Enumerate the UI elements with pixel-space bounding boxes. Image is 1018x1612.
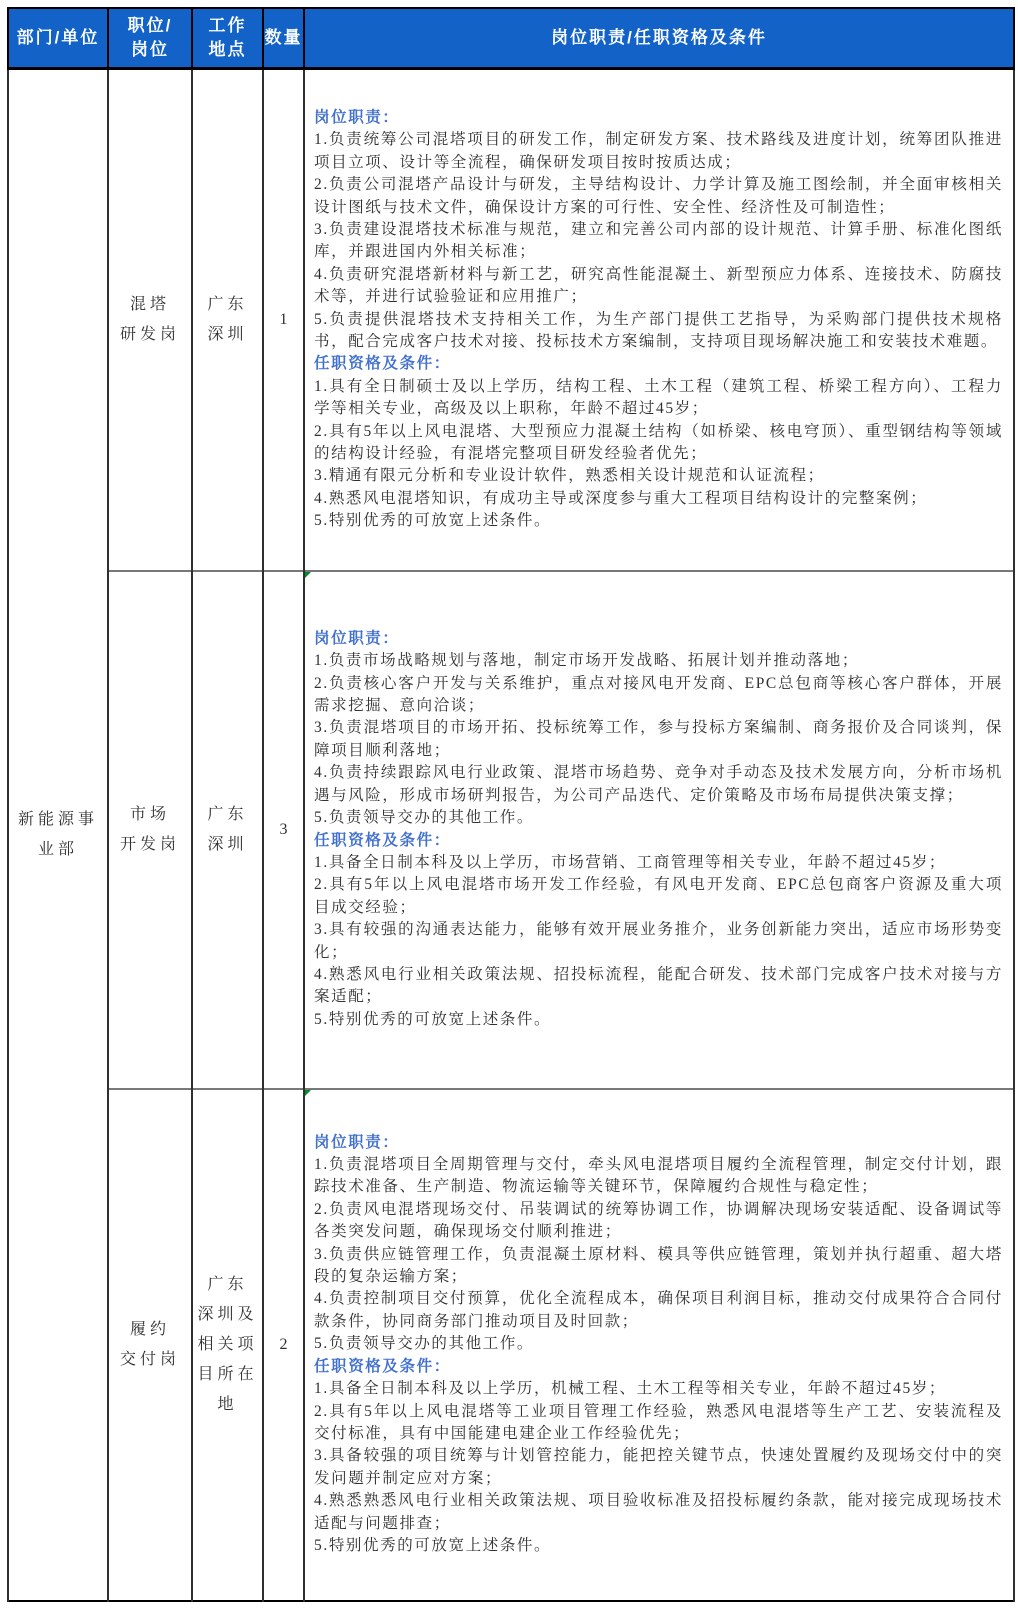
- details-cell: 岗位职责： 1.负责统筹公司混塔项目的研发工作，制定研发方案、技术路线及进度计划…: [304, 69, 1014, 571]
- table-row: 新能源事 业部 混塔 研发岗 广东 深圳 1 岗位职责： 1.负责统筹公司混塔项…: [8, 69, 1014, 571]
- text-line: 4.熟悉风电混塔知识，有成功主导或深度参与重大工程项目结构设计的完整案例；: [314, 488, 1003, 510]
- location-cell: 广东 深圳: [192, 69, 263, 571]
- text-line: 1.负责市场战略规划与落地，制定市场开发战略、拓展计划并推动落地；: [314, 650, 1003, 672]
- table-row: 市场 开发岗 广东 深圳 3 岗位职责： 1.负责市场战略规划与落地，制定市场开…: [8, 571, 1014, 1089]
- duties-list: 1.负责统筹公司混塔项目的研发工作，制定研发方案、技术路线及进度计划，统筹团队推…: [314, 129, 1003, 353]
- text-line: 1.具有全日制硕士及以上学历，结构工程、土木工程（建筑工程、桥梁工程方向）、工程…: [314, 376, 1003, 421]
- text-line: 1.具备全日制本科及以上学历，市场营销、工商管理等相关专业，年龄不超过45岁；: [314, 852, 1003, 874]
- text-line: 5.负责提供混塔技术支持相关工作，为生产部门提供工艺指导，为采购部门提供技术规格…: [314, 309, 1003, 354]
- count-cell: 1: [263, 69, 304, 571]
- count-cell: 2: [263, 1089, 304, 1601]
- header-location: 工作 地点: [192, 8, 263, 69]
- duties-list: 1.负责混塔项目全周期管理与交付，牵头风电混塔项目履约全流程管理，制定交付计划，…: [314, 1154, 1003, 1356]
- cell-corner-marker-icon: [305, 1090, 311, 1096]
- department-cell: 新能源事 业部: [8, 69, 108, 1601]
- text-line: 2.具有5年以上风电混塔、大型预应力混凝土结构（如桥梁、核电穹顶）、重型钢结构等…: [314, 421, 1003, 466]
- text-line: 1.负责统筹公司混塔项目的研发工作，制定研发方案、技术路线及进度计划，统筹团队推…: [314, 129, 1003, 174]
- text-line: 2.负责核心客户开发与关系维护，重点对接风电开发商、EPC总包商等核心客户群体，…: [314, 673, 1003, 718]
- position-cell: 市场 开发岗: [108, 571, 192, 1089]
- location-cell: 广东 深圳及 相关项 目所在 地: [192, 1089, 263, 1601]
- table-header: 部门/单位 职位/ 岗位 工作 地点 数量 岗位职责/任职资格及条件: [8, 8, 1014, 69]
- text-line: 1.具备全日制本科及以上学历，机械工程、土木工程等相关专业，年龄不超过45岁；: [314, 1378, 1003, 1400]
- cell-corner-marker-icon: [305, 572, 311, 578]
- text-line: 3.负责供应链管理工作，负责混凝土原材料、模具等供应链管理，策划并执行超重、超大…: [314, 1244, 1003, 1289]
- position-cell: 混塔 研发岗: [108, 69, 192, 571]
- text-line: 4.负责控制项目交付预算，优化全流程成本，确保项目利润目标，推动交付成果符合合同…: [314, 1288, 1003, 1333]
- text-line: 4.负责研究混塔新材料与新工艺，研究高性能混凝土、新型预应力体系、连接技术、防腐…: [314, 264, 1003, 309]
- text-line: 5.特别优秀的可放宽上述条件。: [314, 1535, 1003, 1557]
- location-cell: 广东 深圳: [192, 571, 263, 1089]
- text-line: 2.负责公司混塔产品设计与研发，主导结构设计、力学计算及施工图绘制，并全面审核相…: [314, 174, 1003, 219]
- text-line: 2.负责风电混塔现场交付、吊装调试的统筹协调工作，协调解决现场安装适配、设备调试…: [314, 1199, 1003, 1244]
- text-line: 4.负责持续跟踪风电行业政策、混塔市场趋势、竞争对手动态及技术发展方向，分析市场…: [314, 762, 1003, 807]
- header-department: 部门/单位: [8, 8, 108, 69]
- text-line: 1.负责混塔项目全周期管理与交付，牵头风电混塔项目履约全流程管理，制定交付计划，…: [314, 1154, 1003, 1199]
- details-content: 岗位职责： 1.负责统筹公司混塔项目的研发工作，制定研发方案、技术路线及进度计划…: [314, 107, 1003, 533]
- text-line: 4.熟悉熟悉风电行业相关政策法规、项目验收标准及招投标履约条款，能对接完成现场技…: [314, 1490, 1003, 1535]
- text-line: 5.负责领导交办的其他工作。: [314, 1333, 1003, 1355]
- text-line: 3.具有较强的沟通表达能力，能够有效开展业务推介，业务创新能力突出，适应市场形势…: [314, 919, 1003, 964]
- details-cell: 岗位职责： 1.负责混塔项目全周期管理与交付，牵头风电混塔项目履约全流程管理，制…: [304, 1089, 1014, 1601]
- text-line: 5.特别优秀的可放宽上述条件。: [314, 1009, 1003, 1031]
- duties-title: 岗位职责：: [314, 628, 1003, 650]
- job-postings-page: 部门/单位 职位/ 岗位 工作 地点 数量 岗位职责/任职资格及条件 新能源事 …: [0, 0, 1018, 1612]
- text-line: 5.特别优秀的可放宽上述条件。: [314, 510, 1003, 532]
- count-cell: 3: [263, 571, 304, 1089]
- text-line: 3.精通有限元分析和专业设计软件，熟悉相关设计规范和认证流程；: [314, 465, 1003, 487]
- duties-list: 1.负责市场战略规划与落地，制定市场开发战略、拓展计划并推动落地；2.负责核心客…: [314, 650, 1003, 829]
- text-line: 4.熟悉风电行业相关政策法规、招投标流程，能配合研发、技术部门完成客户技术对接与…: [314, 964, 1003, 1009]
- header-details: 岗位职责/任职资格及条件: [304, 8, 1014, 69]
- text-line: 2.具有5年以上风电混塔市场开发工作经验，有风电开发商、EPC总包商客户资源及重…: [314, 874, 1003, 919]
- requirements-list: 1.具有全日制硕士及以上学历，结构工程、土木工程（建筑工程、桥梁工程方向）、工程…: [314, 376, 1003, 533]
- position-cell: 履约 交付岗: [108, 1089, 192, 1601]
- requirements-title: 任职资格及条件：: [314, 1356, 1003, 1378]
- text-line: 3.具备较强的项目统筹与计划管控能力，能把控关键节点，快速处置履约及现场交付中的…: [314, 1445, 1003, 1490]
- details-content: 岗位职责： 1.负责市场战略规划与落地，制定市场开发战略、拓展计划并推动落地；2…: [314, 628, 1003, 1031]
- job-postings-table: 部门/单位 职位/ 岗位 工作 地点 数量 岗位职责/任职资格及条件 新能源事 …: [7, 7, 1015, 1602]
- details-cell: 岗位职责： 1.负责市场战略规划与落地，制定市场开发战略、拓展计划并推动落地；2…: [304, 571, 1014, 1089]
- requirements-title: 任职资格及条件：: [314, 830, 1003, 852]
- table-row: 履约 交付岗 广东 深圳及 相关项 目所在 地 2 岗位职责： 1.负责混塔项目…: [8, 1089, 1014, 1601]
- text-line: 3.负责建设混塔技术标准与规范，建立和完善公司内部的设计规范、计算手册、标准化图…: [314, 219, 1003, 264]
- header-count: 数量: [263, 8, 304, 69]
- header-position: 职位/ 岗位: [108, 8, 192, 69]
- requirements-title: 任职资格及条件：: [314, 353, 1003, 375]
- details-content: 岗位职责： 1.负责混塔项目全周期管理与交付，牵头风电混塔项目履约全流程管理，制…: [314, 1132, 1003, 1558]
- header-row: 部门/单位 职位/ 岗位 工作 地点 数量 岗位职责/任职资格及条件: [8, 8, 1014, 69]
- duties-title: 岗位职责：: [314, 107, 1003, 129]
- text-line: 2.具有5年以上风电混塔等工业项目管理工作经验，熟悉风电混塔等生产工艺、安装流程…: [314, 1401, 1003, 1446]
- requirements-list: 1.具备全日制本科及以上学历，机械工程、土木工程等相关专业，年龄不超过45岁；2…: [314, 1378, 1003, 1557]
- requirements-list: 1.具备全日制本科及以上学历，市场营销、工商管理等相关专业，年龄不超过45岁；2…: [314, 852, 1003, 1031]
- text-line: 3.负责混塔项目的市场开拓、投标统筹工作，参与投标方案编制、商务报价及合同谈判，…: [314, 717, 1003, 762]
- text-line: 5.负责领导交办的其他工作。: [314, 807, 1003, 829]
- duties-title: 岗位职责：: [314, 1132, 1003, 1154]
